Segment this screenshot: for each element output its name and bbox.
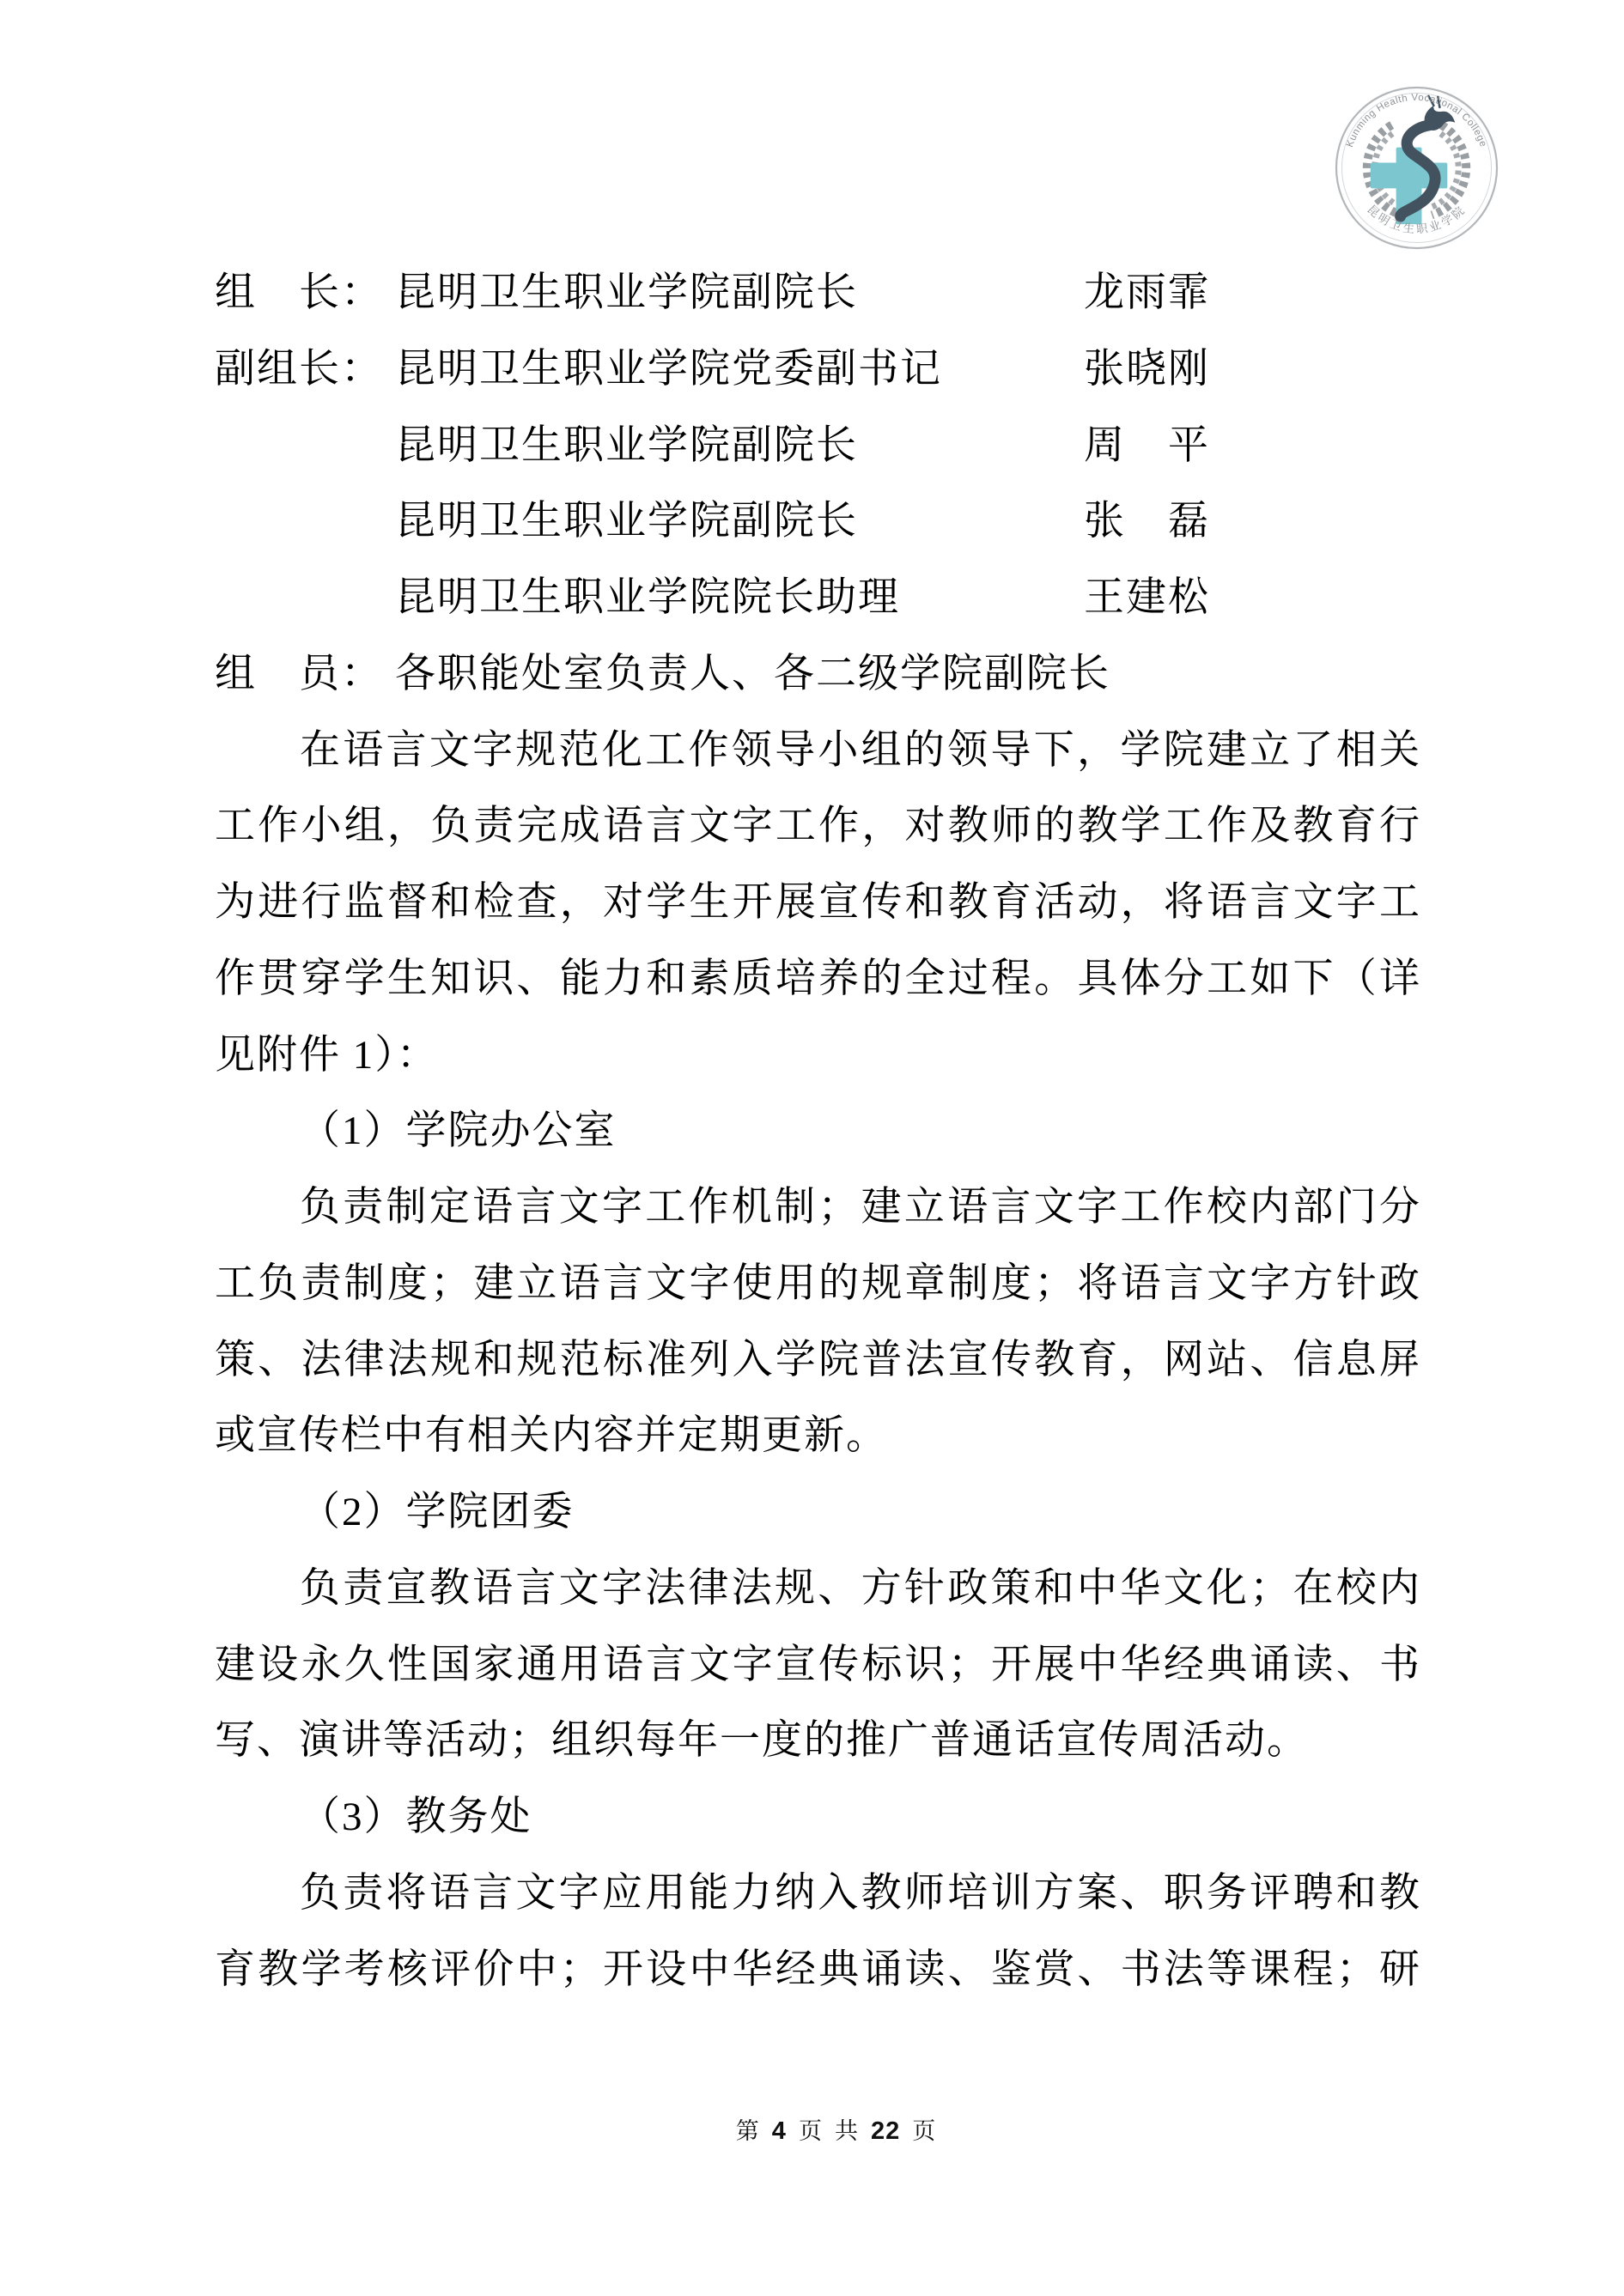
body-line: 或宣传栏中有相关内容并定期更新。 [215, 1398, 1421, 1474]
role-title: 昆明卫生职业学院党委副书记 [395, 347, 942, 392]
body-line: 负责宣教语言文字法律法规、方针政策和中华文化；在校内 [215, 1551, 1421, 1627]
footer-conjunction: 共 [835, 2118, 859, 2144]
body-line: 育教学考核评价中；开设中华经典诵读、鉴赏、书法等课程；研 [215, 1932, 1421, 2008]
body-line: 工负责制度；建立语言文字使用的规章制度；将语言文字方针政 [215, 1246, 1421, 1322]
body-line: 工作小组，负责完成语言文字工作，对教师的教学工作及教育行 [215, 788, 1421, 865]
role-title: 昆明卫生职业学院副院长 [395, 423, 858, 468]
body-line: 负责将语言文字应用能力纳入教师培训方案、职务评聘和教 [215, 1856, 1421, 1932]
section-heading-2: （2）学院团委 [215, 1474, 1421, 1551]
body-line: 策、法律法规和规范标准列入学院普法宣传教育，网站、信息屏 [215, 1322, 1421, 1399]
footer-total-pages: 22 [871, 2117, 900, 2145]
role-title: 昆明卫生职业学院副院长 [395, 499, 858, 544]
page-footer: 第4页共22页 [0, 2114, 1624, 2148]
body-line: 写、演讲等活动；组织每年一度的推广普通话宣传周活动。 [215, 1703, 1421, 1779]
role-name: 张 磊 [1084, 483, 1210, 560]
role-name: 龙雨霏 [1084, 255, 1210, 331]
role-line-deputy-1: 副组长：昆明卫生职业学院党委副书记 张晓刚 [215, 331, 1421, 408]
section-heading-1: （1）学院办公室 [215, 1093, 1421, 1169]
role-line-leader: 组 长：昆明卫生职业学院副院长 龙雨霏 [215, 255, 1421, 331]
role-line-members: 组 员：各职能处室负责人、各二级学院副院长 [215, 636, 1421, 713]
role-line-deputy-2: 昆明卫生职业学院副院长 周 平 [215, 408, 1421, 484]
body-line: 建设永久性国家通用语言文字宣传标识；开展中华经典诵读、书 [215, 1627, 1421, 1704]
body-line: 负责制定语言文字工作机制；建立语言文字工作校内部门分 [215, 1169, 1421, 1246]
role-name: 王建松 [1084, 560, 1210, 636]
footer-page-label: 页 [799, 2118, 823, 2144]
role-label: 组 员： [215, 636, 385, 713]
role-title: 各职能处室负责人、各二级学院副院长 [395, 652, 1110, 696]
footer-prefix: 第 [736, 2118, 760, 2144]
role-line-assistant: 昆明卫生职业学院院长助理 王建松 [215, 560, 1421, 636]
role-name: 张晓刚 [1084, 331, 1210, 408]
section-heading-3: （3）教务处 [215, 1779, 1421, 1856]
body-line: 在语言文字规范化工作领导小组的领导下，学院建立了相关 [215, 713, 1421, 789]
document-body: 组 长：昆明卫生职业学院副院长 龙雨霏 副组长：昆明卫生职业学院党委副书记 张晓… [215, 255, 1421, 2007]
footer-suffix: 页 [912, 2118, 936, 2144]
role-title: 昆明卫生职业学院院长助理 [395, 575, 900, 620]
role-line-deputy-3: 昆明卫生职业学院副院长 张 磊 [215, 483, 1421, 560]
role-label: 副组长： [215, 331, 385, 408]
role-title: 昆明卫生职业学院副院长 [395, 270, 858, 315]
body-line: 作贯穿学生知识、能力和素质培养的全过程。具体分工如下（详 [215, 941, 1421, 1017]
role-label: 组 长： [215, 255, 385, 331]
college-seal-logo: Kunming Health Vocational College 昆明卫生职业… [1334, 79, 1500, 258]
footer-page-number: 4 [772, 2117, 787, 2145]
body-line: 为进行监督和检查，对学生开展宣传和教育活动，将语言文字工 [215, 865, 1421, 941]
role-name: 周 平 [1084, 408, 1210, 484]
body-line: 见附件 1）： [215, 1017, 1421, 1094]
